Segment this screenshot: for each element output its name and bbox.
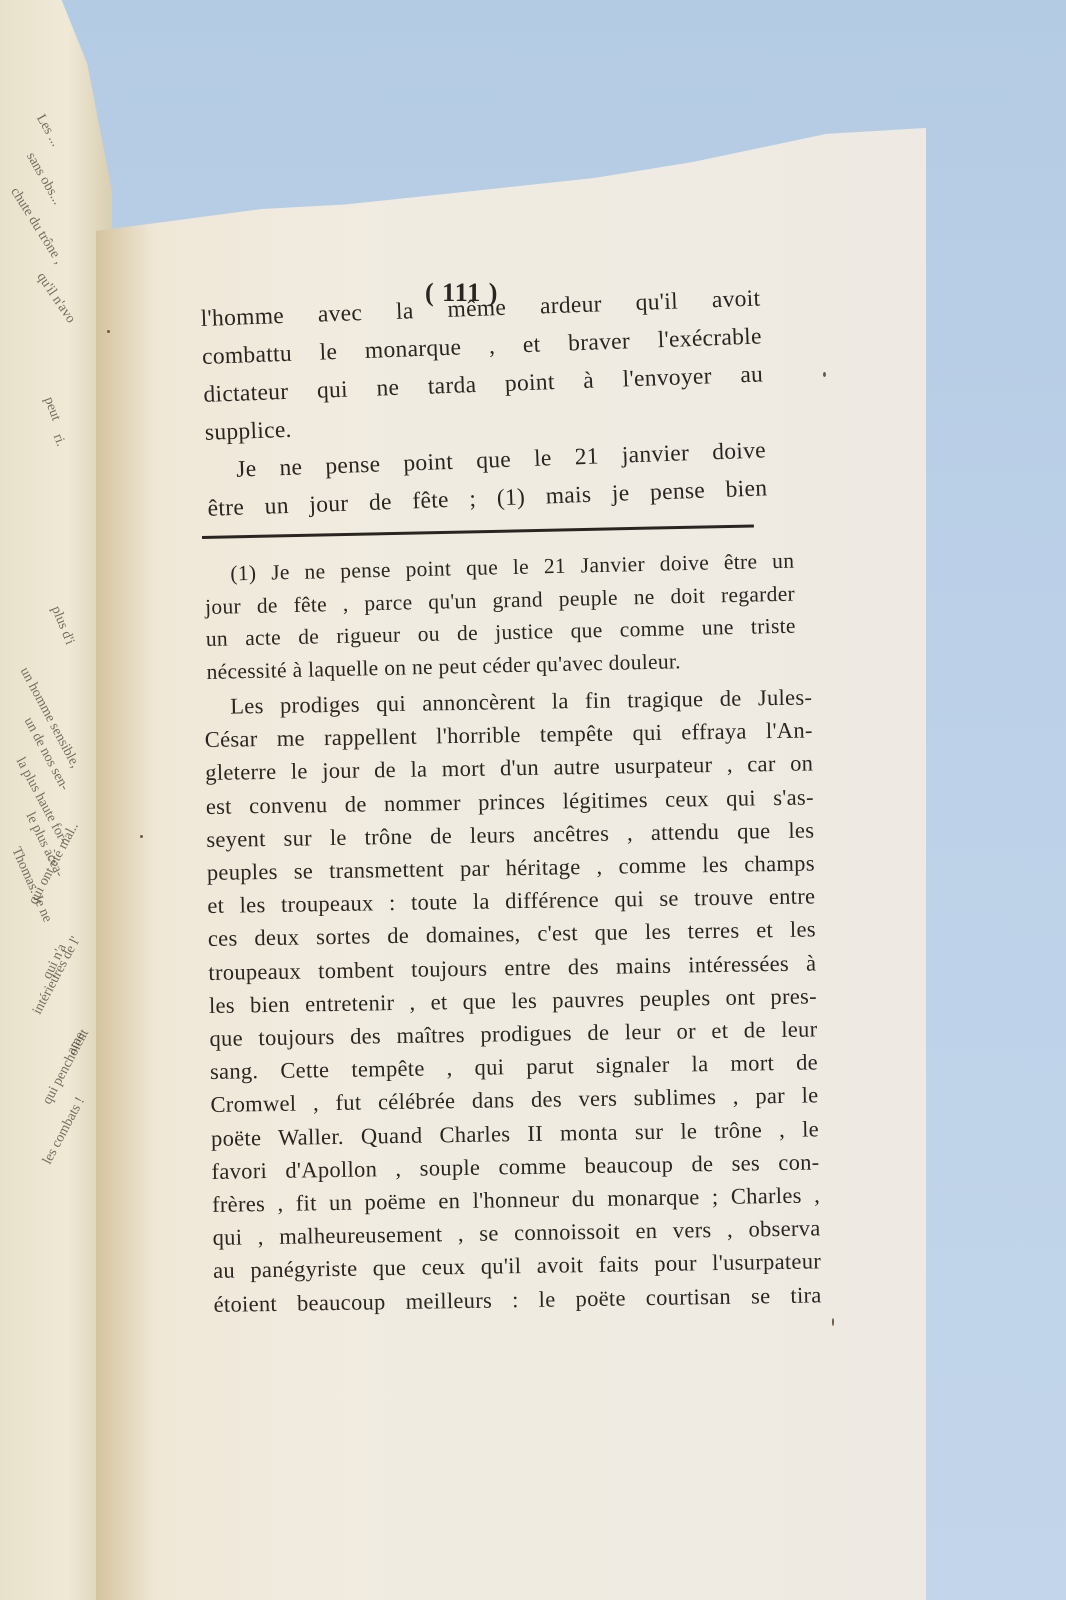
paper-speck [823, 372, 826, 377]
left-page-fragment: qu'il n'avo [33, 270, 78, 327]
left-page-fragment: les combats ! [40, 1095, 89, 1168]
left-page-fragment: qui penchoient [40, 1027, 93, 1108]
left-page-curl: Les ... sans obs... chute du trône , qu'… [0, 0, 112, 1600]
left-page-fragment: peut [40, 395, 63, 423]
paper-speck [832, 1318, 834, 1326]
footnote-continuation: Les prodiges qui annoncèrent la fin trag… [204, 680, 822, 1320]
left-page-fragment: ri. [49, 432, 68, 449]
footnote: (1) Je ne pense point que le 21 Janvier … [204, 545, 797, 688]
paper-speck [140, 835, 143, 838]
left-page-fragment: plus d'i [47, 604, 77, 647]
paper-speck [107, 330, 110, 333]
left-page-fragment: Les ... [32, 112, 63, 150]
main-text: l'homme avec la même ardeur qu'il avoit … [200, 279, 768, 527]
